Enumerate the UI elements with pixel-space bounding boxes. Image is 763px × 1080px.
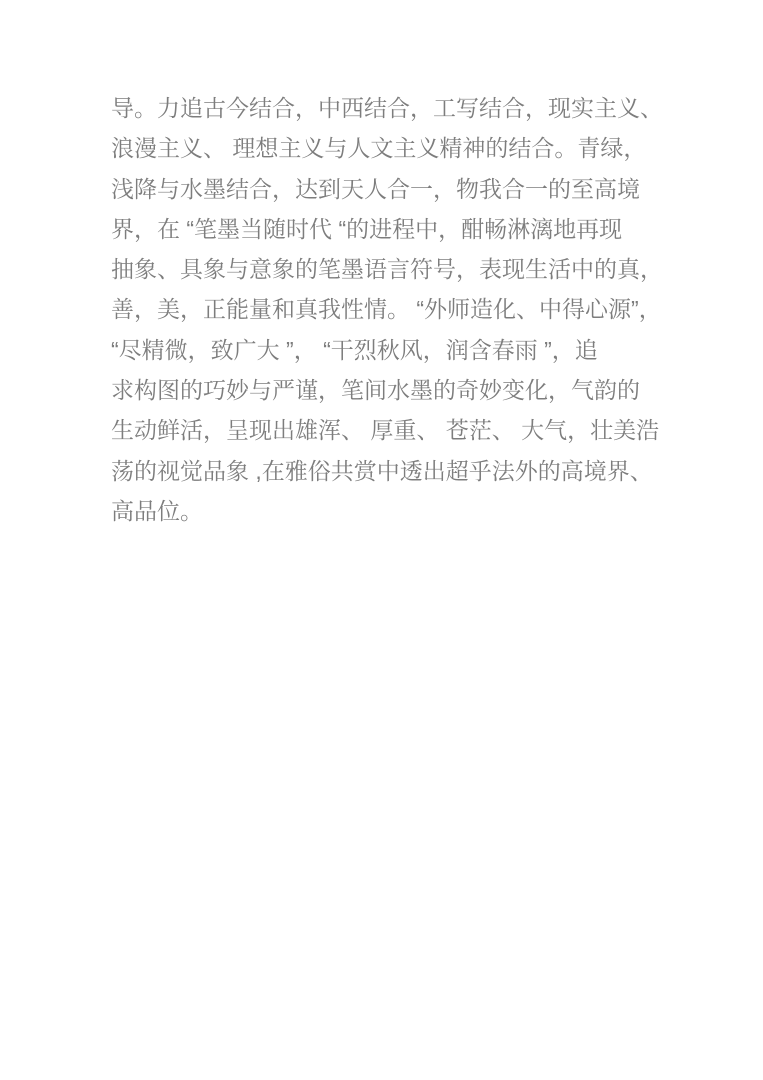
text-line: 求构图的巧妙与严谨，笔间水墨的奇妙变化，气韵的 (111, 370, 671, 410)
text-line: 生动鲜活，呈现出雄浑、 厚重、 苍茫、 大气，壮美浩 (111, 410, 671, 450)
paragraph-block: 导。力追古今结合，中西结合，工写结合，现实主义、 浪漫主义、 理想主义与人文主义… (111, 88, 671, 531)
text-line: 界，在 “笔墨当随时代 “的进程中，酣畅淋漓地再现 (111, 209, 671, 249)
text-line: 浪漫主义、 理想主义与人文主义精神的结合。青绿， (111, 128, 671, 168)
text-line: “尽精微，致广大 ”， “干烈秋风，润含春雨 ”，追 (111, 330, 671, 370)
text-line: 抽象、具象与意象的笔墨语言符号，表现生活中的真， (111, 249, 671, 289)
document-page: 导。力追古今结合，中西结合，工写结合，现实主义、 浪漫主义、 理想主义与人文主义… (0, 0, 763, 1080)
text-line: 浅降与水墨结合，达到天人合一，物我合一的至高境 (111, 169, 671, 209)
text-line: 善，美，正能量和真我性情。 “外师造化、中得心源”， (111, 289, 671, 329)
text-line: 导。力追古今结合，中西结合，工写结合，现实主义、 (111, 88, 671, 128)
text-line: 荡的视觉品象 ,在雅俗共赏中透出超乎法外的高境界、 (111, 451, 671, 491)
text-line: 高品位。 (111, 491, 671, 531)
